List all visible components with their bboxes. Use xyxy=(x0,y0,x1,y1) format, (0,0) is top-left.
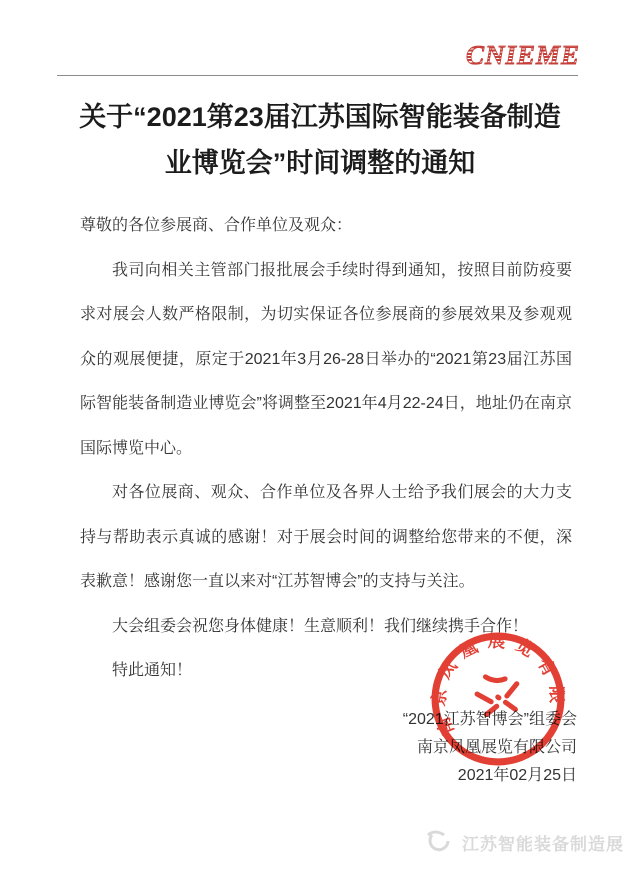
salutation: 尊敬的各位参展商、合作单位及观众： xyxy=(80,204,572,249)
notice-page: CNIEME 关于“2021第23届江苏国际智能装备制造 业博览会”时间调整的通… xyxy=(0,0,640,869)
footer-watermark-text: 江苏智能装备制造展 xyxy=(462,830,624,855)
notice-title-line1: 关于“2021第23届江苏国际智能装备制造 xyxy=(40,94,600,140)
cnieme-logo: CNIEME xyxy=(466,40,580,71)
phoenix-emblem-icon xyxy=(475,674,519,716)
footer-watermark: 江苏智能装备制造展 xyxy=(424,828,624,856)
body-paragraph: 我司向相关主管部门报批展会手续时得到通知，按照目前防疫要求对展会人数严格限制，为… xyxy=(80,249,572,472)
body-paragraph: 对各位展商、观众、合作单位及各界人士给予我们展会的大力支持与帮助表示真诚的感谢！… xyxy=(80,471,572,605)
notice-body: 尊敬的各位参展商、合作单位及观众： 我司向相关主管部门报批展会手续时得到通知，按… xyxy=(80,204,572,694)
footer-brand-icon xyxy=(424,828,456,856)
company-seal-stamp: 南京凤凰展览有限公司 xyxy=(420,621,576,777)
notice-title: 关于“2021第23届江苏国际智能装备制造 业博览会”时间调整的通知 xyxy=(40,94,600,186)
header-divider xyxy=(57,75,578,76)
notice-title-line2: 业博览会”时间调整的通知 xyxy=(40,140,600,186)
